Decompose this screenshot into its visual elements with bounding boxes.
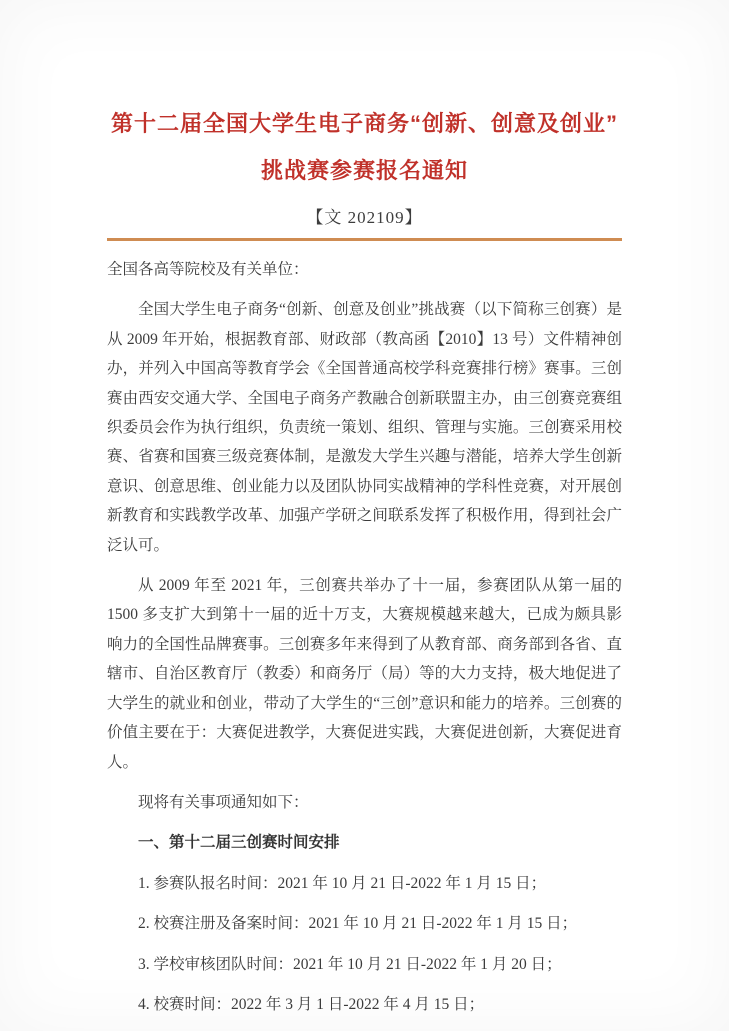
divider-rule	[107, 238, 622, 241]
paragraph-1: 全国大学生电子商务“创新、创意及创业”挑战赛（以下简称三创赛）是从 2009 年…	[107, 295, 622, 560]
document-content: 第十二届全国大学生电子商务“创新、创意及创业” 挑战赛参赛报名通知 【文 202…	[0, 0, 729, 1019]
document-body: 全国各高等院校及有关单位： 全国大学生电子商务“创新、创意及创业”挑战赛（以下简…	[107, 255, 622, 1019]
schedule-item-3: 3. 学校审核团队时间：2021 年 10 月 21 日-2022 年 1 月 …	[107, 950, 622, 979]
document-title: 第十二届全国大学生电子商务“创新、创意及创业” 挑战赛参赛报名通知	[107, 0, 622, 194]
salutation: 全国各高等院校及有关单位：	[107, 255, 622, 284]
notice-intro: 现将有关事项通知如下：	[107, 788, 622, 817]
document-number: 【文 202109】	[107, 207, 622, 228]
schedule-item-2: 2. 校赛注册及备案时间：2021 年 10 月 21 日-2022 年 1 月…	[107, 909, 622, 938]
title-line-2: 挑战赛参赛报名通知	[107, 147, 622, 194]
section-1-heading: 一、第十二届三创赛时间安排	[107, 828, 622, 857]
paragraph-2: 从 2009 年至 2021 年，三创赛共举办了十一届，参赛团队从第一届的 15…	[107, 571, 622, 777]
schedule-item-1: 1. 参赛队报名时间：2021 年 10 月 21 日-2022 年 1 月 1…	[107, 869, 622, 898]
notice-document-page: 第十二届全国大学生电子商务“创新、创意及创业” 挑战赛参赛报名通知 【文 202…	[0, 0, 729, 1031]
title-line-1: 第十二届全国大学生电子商务“创新、创意及创业”	[107, 100, 622, 147]
schedule-item-4: 4. 校赛时间：2022 年 3 月 1 日-2022 年 4 月 15 日；	[107, 990, 622, 1019]
